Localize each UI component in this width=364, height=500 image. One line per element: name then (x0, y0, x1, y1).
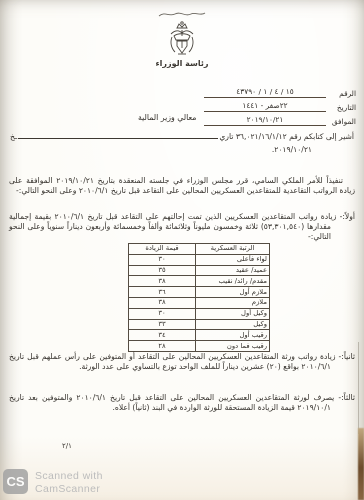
rank-cell: عميد/ عقيد (196, 265, 270, 276)
hijri-date-value: ٢٢صفر - ١٤٤١ (204, 101, 326, 112)
clause-first: أولاً:- زيادة رواتب المتقاعدين العسكريين… (9, 212, 355, 242)
gregorian-date-row: الموافق ٢٠١٩/١٠/٢١ (204, 115, 356, 126)
table-header-row: الرتبة العسكرية قيمة الزيادة (129, 244, 270, 255)
rank-cell: وكيل (196, 319, 270, 330)
clause-second-text: زيادة رواتب ورثة المتقاعدين العسكريين ال… (9, 352, 336, 371)
increase-cell: ٣٦ (129, 287, 196, 298)
increase-table: الرتبة العسكرية قيمة الزيادة لواء فأعلى٣… (128, 243, 270, 352)
table-row: مقدم/ رائد/ نقيب٣٨ (129, 276, 270, 287)
reference-sentence: أشير إلى كتابكم رقم ٣٦,٠٢١/١٦/١/١٢ تاري … (10, 132, 354, 141)
table-row: ملازم٣٨ (129, 297, 270, 308)
rank-cell: ملازم أول (196, 287, 270, 298)
rank-cell: لواء فأعلى (196, 254, 270, 265)
doc-number-row: الرقم ١٥ / ٤ / ١ / ٤٣٧٩٠ (204, 87, 356, 98)
rank-cell: رقيب فما دون (196, 341, 270, 352)
addressee-line: معالي وزير المالية (138, 113, 196, 122)
increase-cell: ٣٠ (129, 308, 196, 319)
table-row: رقيب أول٣٤ (129, 330, 270, 341)
doc-number-label: الرقم (326, 89, 356, 98)
scan-edge-line (358, 342, 359, 434)
increase-cell: ٢٨ (129, 341, 196, 352)
reference-date: ٢٠١٩/١٠/٢١. (272, 145, 312, 154)
increase-cell: ٣٨ (129, 276, 196, 287)
hijri-date-label: التاريخ (326, 103, 356, 112)
increase-cell: ٣٤ (129, 330, 196, 341)
gregorian-date-label: الموافق (326, 117, 356, 126)
hijri-date-row: التاريخ ٢٢صفر - ١٤٤١ (204, 101, 356, 112)
gregorian-date-value: ٢٠١٩/١٠/٢١ (204, 115, 326, 126)
clause-third-text: يصرف لورثة المتقاعدين العسكريين المحالين… (9, 393, 334, 412)
rank-cell: ملازم (196, 297, 270, 308)
photo-edge-strip (358, 428, 364, 500)
table-row: لواء فأعلى٣٠ (129, 254, 270, 265)
intro-paragraph: تنفيذاً للأمر الملكي السامي، قرر مجلس ال… (9, 176, 355, 196)
rank-cell: رقيب أول (196, 330, 270, 341)
rank-header: الرتبة العسكرية (196, 244, 270, 255)
scanned-letter-page: رئاسة الوزراء الرقم ١٥ / ٤ / ١ / ٤٣٧٩٠ ا… (0, 0, 364, 500)
camscanner-logo-icon: CS (3, 469, 28, 494)
rank-cell: مقدم/ رائد/ نقيب (196, 276, 270, 287)
table-row: رقيب فما دون٢٨ (129, 341, 270, 352)
clause-second: ثانياً:- زيادة رواتب ورثة المتقاعدين الع… (9, 352, 355, 372)
tatweel-rule (18, 137, 218, 139)
clause-first-text: زيادة رواتب المتقاعدين العسكريين الذين ت… (9, 212, 336, 241)
increase-cell: ٣٠ (129, 254, 196, 265)
rank-cell: وكيل أول (196, 308, 270, 319)
clause-first-label: أولاً:- (340, 212, 355, 221)
camscanner-caption-line2: CamScanner (35, 483, 103, 496)
increase-table-body: لواء فأعلى٣٠عميد/ عقيد٣٥مقدم/ رائد/ نقيب… (129, 254, 270, 351)
handwritten-flourish (156, 10, 208, 19)
camscanner-caption: Scanned with CamScanner (35, 470, 103, 495)
camscanner-watermark: CS Scanned with CamScanner (3, 469, 103, 495)
table-row: عميد/ عقيد٣٥ (129, 265, 270, 276)
table-row: وكيل٣٣ (129, 319, 270, 330)
royal-crest-icon (167, 20, 197, 58)
clause-second-label: ثانياً:- (339, 352, 355, 361)
reference-meta-block: الرقم ١٥ / ٤ / ١ / ٤٣٧٩٠ التاريخ ٢٢صفر -… (204, 87, 356, 129)
doc-number-value: ١٥ / ٤ / ١ / ٤٣٧٩٠ (204, 87, 326, 98)
letterhead: رئاسة الوزراء (0, 10, 364, 68)
increase-cell: ٣٥ (129, 265, 196, 276)
table-row: وكيل أول٣٠ (129, 308, 270, 319)
clause-third: ثالثاً:- يصرف لورثة المتقاعدين العسكريين… (9, 393, 355, 413)
increase-header: قيمة الزيادة (129, 244, 196, 255)
increase-cell: ٣٨ (129, 297, 196, 308)
ministry-name-calligraphy: رئاسة الوزراء (0, 59, 364, 68)
reference-text: أشير إلى كتابكم رقم ٣٦,٠٢١/١٦/١/١٢ تاري (219, 132, 354, 141)
table-row: ملازم أول٣٦ (129, 287, 270, 298)
reference-text-tail: ـخ (10, 132, 17, 141)
increase-cell: ٣٣ (129, 319, 196, 330)
clause-third-label: ثالثاً:- (338, 393, 355, 402)
camscanner-caption-line1: Scanned with (35, 470, 103, 483)
